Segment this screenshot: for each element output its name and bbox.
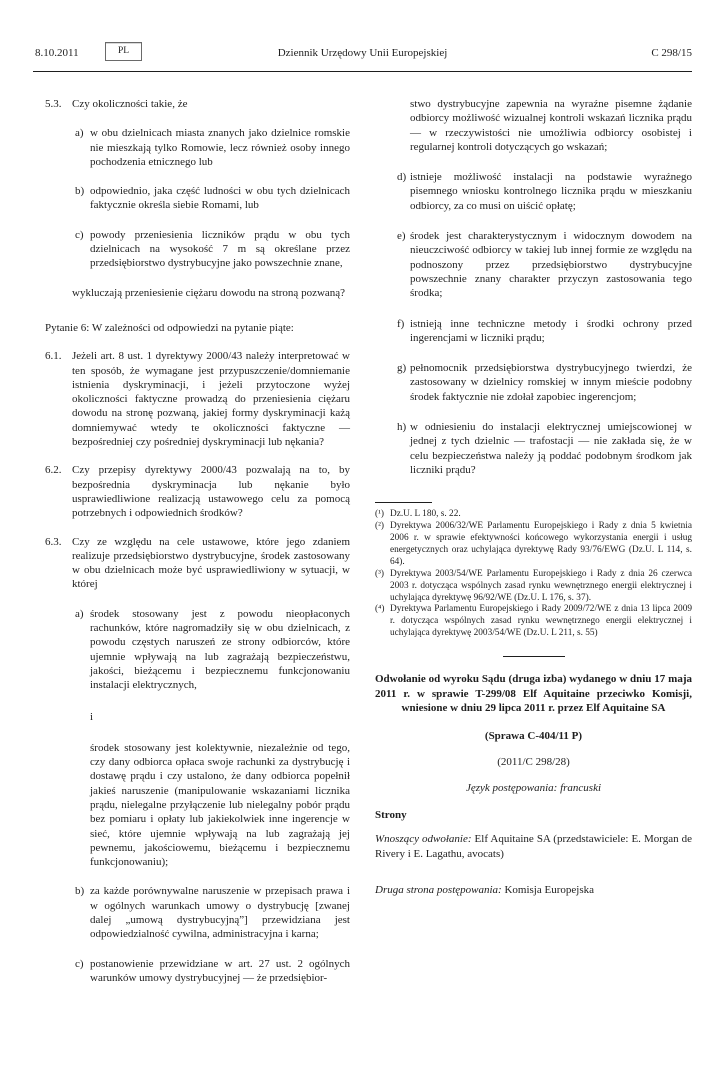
item-text: powody przeniesienia liczników prądu w o… — [90, 229, 350, 270]
footnote-separator-rule — [375, 502, 432, 503]
question-6-3: 6.3. Czy ze względu na cele ustawowe, kt… — [45, 535, 350, 592]
item-text: istnieje możliwość instalacji na podstaw… — [410, 171, 692, 212]
footnote-marker: (²) — [375, 521, 384, 533]
journal-title: Dziennik Urzędowy Unii Europejskiej — [33, 46, 692, 60]
item-text: środek jest charakterystycznym i widoczn… — [410, 230, 692, 299]
footnote-marker: (¹) — [375, 509, 384, 521]
footnote-text: Dyrektywa Parlamentu Europejskiego i Rad… — [390, 604, 692, 638]
item-label: g) — [397, 361, 406, 375]
parties-heading: Strony — [375, 808, 692, 822]
right-column: stwo dystrybucyjne zapewnia na wyraźne p… — [375, 97, 692, 985]
page-header: 8.10.2011 PL Dziennik Urzędowy Unii Euro… — [33, 44, 692, 64]
item-label: a) — [75, 126, 84, 140]
two-column-body: 5.3. Czy okoliczności takie, że a) w obu… — [33, 97, 692, 985]
case-number: (Sprawa C-404/11 P) — [375, 729, 692, 743]
item-text: postanowienie przewidziane w art. 27 ust… — [90, 958, 350, 984]
item-text: w odniesieniu do instalacji elektrycznej… — [410, 421, 692, 476]
footnote-text: Dz.U. L 180, s. 22. — [390, 509, 461, 519]
section-text: Czy przepisy dyrektywy 2000/43 pozwalają… — [72, 464, 350, 519]
footnote-text: Dyrektywa 2006/32/WE Parlamentu Europejs… — [390, 521, 692, 567]
item-label: b) — [75, 184, 84, 198]
section-number: 6.2. — [45, 463, 62, 477]
item-6-3-b: b) za każde porównywalne naruszenie w pr… — [45, 884, 350, 941]
conjunction-i: i — [90, 710, 350, 724]
appellant-label: Wnoszący odwołanie: — [375, 833, 475, 845]
item-6-3-a-continuation: środek stosowany jest kolektywnie, nieza… — [90, 741, 350, 870]
item-text: odpowiednio, jaka część ludności w obu t… — [90, 185, 350, 211]
item-5-3-c: c) powody przeniesienia liczników prądu … — [45, 228, 350, 271]
item-text: za każde porównywalne naruszenie w przep… — [90, 885, 350, 940]
footnotes: (¹) Dz.U. L 180, s. 22. (²) Dyrektywa 20… — [375, 509, 692, 640]
footnote-2: (²) Dyrektywa 2006/32/WE Parlamentu Euro… — [375, 521, 692, 569]
section-number: 5.3. — [45, 97, 62, 111]
item-6-3-c: c) postanowienie przewidziane w art. 27 … — [45, 957, 350, 986]
page-reference: C 298/15 — [651, 46, 692, 60]
footnote-marker: (³) — [375, 569, 384, 581]
section-text: Czy okoliczności takie, że — [72, 98, 187, 110]
item-label: d) — [397, 170, 406, 184]
footnote-text: Dyrektywa 2003/54/WE Parlamentu Europejs… — [390, 569, 692, 603]
question-5-3-conclusion: wykluczają przeniesienie ciężaru dowodu … — [72, 286, 350, 300]
case-title: Odwołanie od wyroku Sądu (druga izba) wy… — [375, 672, 692, 715]
section-text: Jeżeli art. 8 ust. 1 dyrektywy 2000/43 n… — [72, 350, 350, 448]
item-5-3-a: a) w obu dzielnicach miasta znanych jako… — [45, 126, 350, 169]
item-label: a) — [75, 607, 84, 621]
item-6-3-a: a) środek stosowany jest z powodu nieopł… — [45, 607, 350, 693]
footnote-3: (³) Dyrektywa 2003/54/WE Parlamentu Euro… — [375, 569, 692, 605]
item-text: pełnomocnik przedsiębiorstwa dystrybucyj… — [410, 362, 692, 403]
item-label: h) — [397, 420, 406, 434]
question-6-heading: Pytanie 6: W zależności od odpowiedzi na… — [45, 321, 350, 335]
item-label: c) — [75, 228, 84, 242]
question-5-3: 5.3. Czy okoliczności takie, że — [45, 97, 350, 111]
question-6-1: 6.1. Jeżeli art. 8 ust. 1 dyrektywy 2000… — [45, 349, 350, 449]
item-5-3-b: b) odpowiednio, jaka część ludności w ob… — [45, 184, 350, 213]
footnote-1: (¹) Dz.U. L 180, s. 22. — [375, 509, 692, 521]
appellant-line: Wnoszący odwołanie: Elf Aquitaine SA (pr… — [375, 832, 692, 861]
procedure-language: Język postępowania: francuski — [375, 781, 692, 795]
journal-page: 8.10.2011 PL Dziennik Urzędowy Unii Euro… — [0, 44, 725, 985]
footnote-4: (⁴) Dyrektywa Parlamentu Europejskiego i… — [375, 604, 692, 640]
section-divider-rule — [503, 656, 565, 657]
item-text: środek stosowany jest z powodu nieopłaco… — [90, 608, 350, 691]
section-number: 6.1. — [45, 349, 62, 363]
respondent-text: Komisja Europejska — [504, 884, 594, 896]
item-6-3-h: h) w odniesieniu do instalacji elektrycz… — [375, 420, 692, 477]
left-column: 5.3. Czy okoliczności takie, że a) w obu… — [33, 97, 350, 985]
item-6-3-g: g) pełnomocnik przedsiębiorstwa dystrybu… — [375, 361, 692, 404]
footnote-marker: (⁴) — [375, 604, 384, 616]
oj-reference: (2011/C 298/28) — [375, 755, 692, 769]
item-label: b) — [75, 884, 84, 898]
section-number: 6.3. — [45, 535, 62, 549]
respondent-line: Druga strona postępowania: Komisja Europ… — [375, 883, 692, 897]
respondent-label: Druga strona postępowania: — [375, 884, 504, 896]
item-label: e) — [397, 229, 406, 243]
question-6-2: 6.2. Czy przepisy dyrektywy 2000/43 pozw… — [45, 463, 350, 520]
item-label: c) — [75, 957, 84, 971]
item-6-3-f: f) istnieją inne techniczne metody i śro… — [375, 317, 692, 346]
item-text: istnieją inne techniczne metody i środki… — [410, 318, 692, 344]
item-6-3-e: e) środek jest charakterystycznym i wido… — [375, 229, 692, 300]
section-text: Czy ze względu na cele ustawowe, które j… — [72, 536, 350, 591]
item-6-3-c-continuation: stwo dystrybucyjne zapewnia na wyraźne p… — [375, 97, 692, 154]
header-rule — [33, 71, 692, 72]
item-text: w obu dzielnicach miasta znanych jako dz… — [90, 127, 350, 168]
item-label: f) — [397, 317, 404, 331]
item-6-3-d: d) istnieje możliwość instalacji na pods… — [375, 170, 692, 213]
